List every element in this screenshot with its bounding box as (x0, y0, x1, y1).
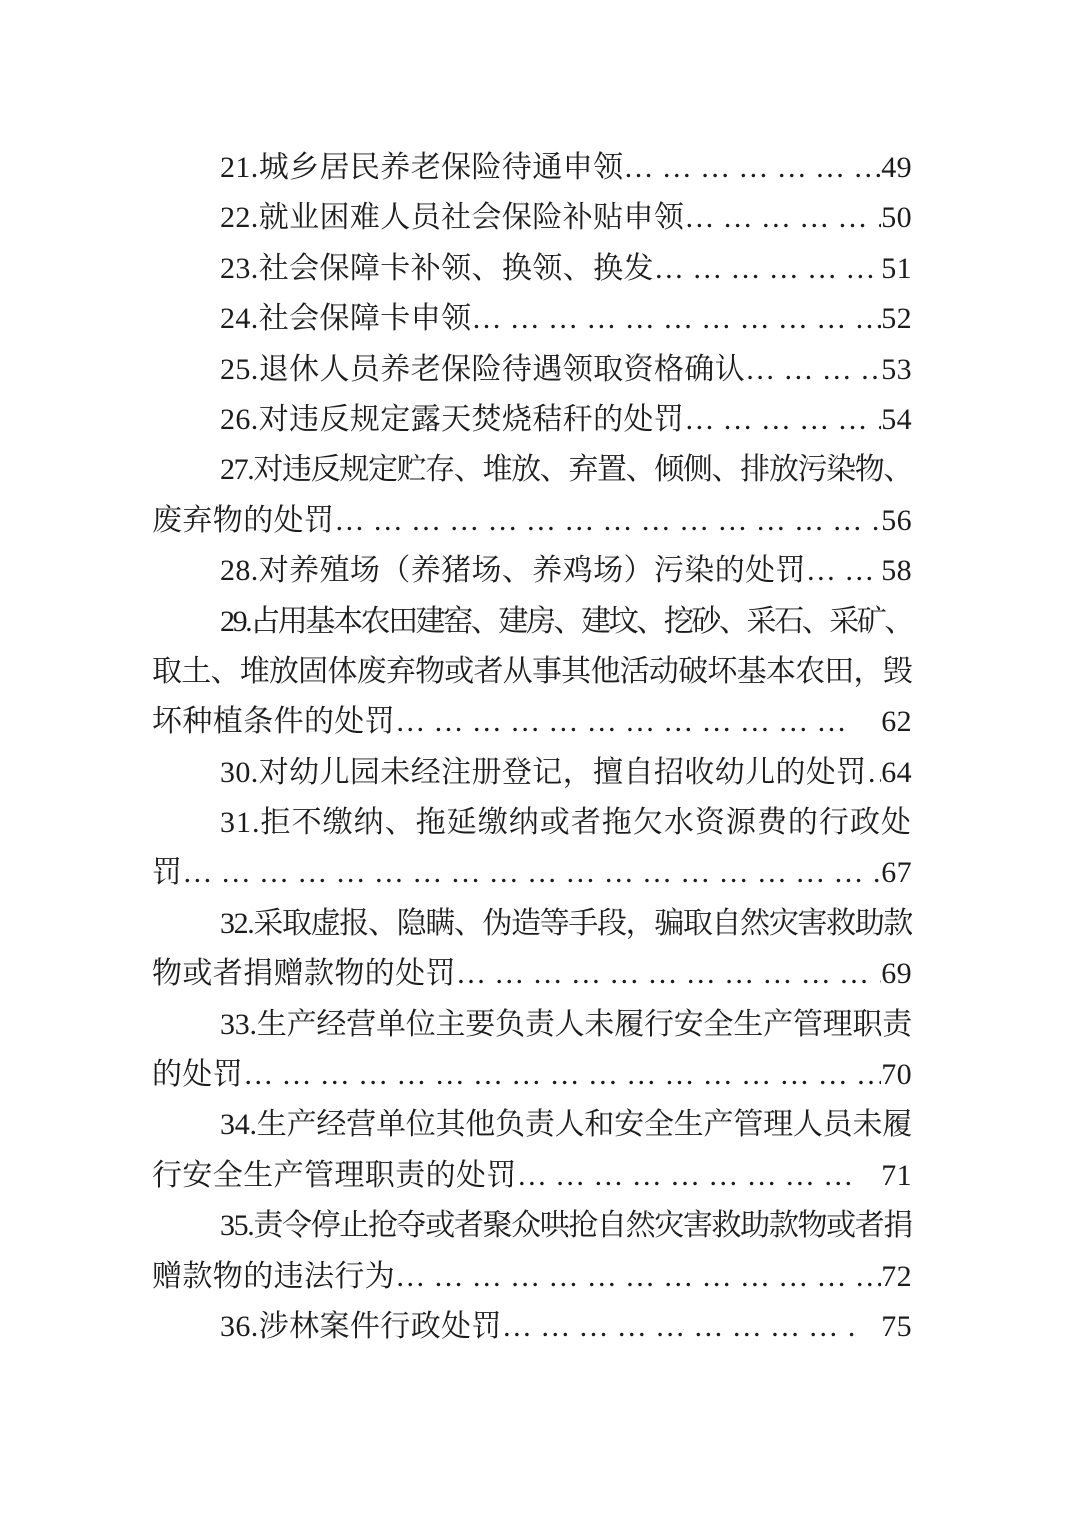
dot-leader: … … … … … … … … … … … … … … … … … … … … … (395, 1252, 881, 1302)
page-number: 70 (881, 1050, 912, 1100)
entry-text: 罚 (152, 848, 182, 898)
page-number: 71 (881, 1151, 912, 1201)
entry-text: 废弃物的处罚 (152, 496, 334, 546)
toc-line: 坏种植条件的处罚 … … … … … … … … … … … … … … … …… (152, 697, 912, 747)
entry-text: 物或者捐赠款物的处罚 (152, 949, 456, 999)
toc-line: 36.涉林案件行政处罚 … … … … … … … … … … … … … … … (152, 1302, 912, 1352)
dot-leader: … … … … … … … … … … … … … … … … … … … … … (472, 294, 882, 344)
toc-line: 的处罚 … … … … … … … … … … … … … … … … … … … (152, 1050, 912, 1100)
toc: 21.城乡居民养老保险待通申领 … … … … … … … … … … … … … (152, 143, 912, 1352)
toc-line: 26.对违反规定露天焚烧秸秆的处罚 … … … … … … … … … … … … (152, 395, 912, 445)
page-number: 67 (881, 848, 912, 898)
dot-leader: … … … … … … … … … … … … … … … … … … … … … (745, 345, 881, 395)
dot-leader: … … … … … … … … … … … … … … … … … … … … … (334, 496, 881, 546)
page-number: 58 (881, 546, 912, 596)
entry-text: 21.城乡居民养老保险待通申领 (220, 143, 624, 193)
toc-line: 罚 … … … … … … … … … … … … … … … … … … … … (152, 848, 912, 898)
toc-line: 32.采取虚报、隐瞒、伪造等手段，骗取自然灾害救助款 (152, 899, 912, 949)
page-number: 56 (881, 496, 912, 546)
dot-leader: … … … … … … … … … … … … … … … … … … … … … (867, 748, 881, 798)
toc-line: 28.对养殖场（养猪场、养鸡场）污染的处罚 … … … … … … … … … … (152, 546, 912, 596)
page-number: 51 (881, 244, 912, 294)
entry-text: 26.对违反规定露天焚烧秸秆的处罚 (220, 395, 684, 445)
entry-text: 27.对违反规定贮存、堆放、弃置、倾侧、排放污染物、 (220, 445, 912, 495)
entry-text: 30.对幼儿园未经注册登记，擅自招收幼儿的处罚 (220, 748, 867, 798)
entry-text: 34.生产经营单位其他负责人和安全生产管理人员未履 (220, 1100, 912, 1150)
dot-leader: … … … … … … … … … … … … … … … … … … … … … (502, 1302, 855, 1352)
toc-line: 25.退休人员养老保险待遇领取资格确认 … … … … … … … … … … … (152, 345, 912, 395)
toc-line: 物或者捐赠款物的处罚 … … … … … … … … … … … … … … …… (152, 949, 912, 999)
entry-text: 取土、堆放固体废弃物或者从事其他活动破坏基本农田，毁 (152, 647, 912, 697)
dot-leader: … … … … … … … … … … … … … … … … … … … … … (684, 395, 881, 445)
toc-line: 33.生产经营单位主要负责人未履行安全生产管理职责 (152, 1000, 912, 1050)
toc-line: 27.对违反规定贮存、堆放、弃置、倾侧、排放污染物、 (152, 445, 912, 495)
page-number: 54 (881, 395, 912, 445)
toc-line: 35.责令停止抢夺或者聚众哄抢自然灾害救助款物或者捐 (152, 1201, 912, 1251)
dot-leader: … … … … … … … … … … … … … … … … … … … … … (806, 546, 881, 596)
entry-text: 33.生产经营单位主要负责人未履行安全生产管理职责 (220, 1000, 912, 1050)
entry-text: 25.退休人员养老保险待遇领取资格确认 (220, 345, 745, 395)
entry-text: 坏种植条件的处罚 (152, 697, 395, 747)
entry-text: 22.就业困难人员社会保险补贴申领 (220, 193, 684, 243)
page-number: 53 (881, 345, 912, 395)
dot-leader: … … … … … … … … … … … … … … … … … … … … … (517, 1151, 855, 1201)
page-number: 52 (881, 294, 912, 344)
toc-line: 30.对幼儿园未经注册登记，擅自招收幼儿的处罚 … … … … … … … … … (152, 748, 912, 798)
entry-text: 赠款物的违法行为 (152, 1252, 395, 1302)
page-number: 72 (881, 1252, 912, 1302)
entry-text: 32.采取虚报、隐瞒、伪造等手段，骗取自然灾害救助款 (220, 899, 912, 949)
toc-line: 21.城乡居民养老保险待通申领 … … … … … … … … … … … … … (152, 143, 912, 193)
page-number: 49 (881, 143, 912, 193)
entry-text: 31.拒不缴纳、拖延缴纳或者拖欠水资源费的行政处 (220, 798, 912, 848)
toc-line: 34.生产经营单位其他负责人和安全生产管理人员未履 (152, 1100, 912, 1150)
entry-text: 36.涉林案件行政处罚 (220, 1302, 502, 1352)
toc-line: 29.占用基本农田建窑、建房、建坟、挖砂、采石、采矿、 (152, 597, 912, 647)
toc-line: 31.拒不缴纳、拖延缴纳或者拖欠水资源费的行政处 (152, 798, 912, 848)
dot-leader: … … … … … … … … … … … … … … … … … … … … … (456, 949, 881, 999)
entry-text: 28.对养殖场（养猪场、养鸡场）污染的处罚 (220, 546, 806, 596)
dot-leader: … … … … … … … … … … … … … … … … … … … … … (395, 697, 855, 747)
entry-text: 23.社会保障卡补领、换领、换发 (220, 244, 654, 294)
document-page: 21.城乡居民养老保险待通申领 … … … … … … … … … … … … … (0, 0, 1074, 1520)
page-number: 62 (881, 697, 912, 747)
entry-text: 的处罚 (152, 1050, 243, 1100)
toc-line: 24.社会保障卡申领 … … … … … … … … … … … … … … …… (152, 294, 912, 344)
dot-leader: … … … … … … … … … … … … … … … … … … … … … (654, 244, 881, 294)
entry-text: 35.责令停止抢夺或者聚众哄抢自然灾害救助款物或者捐 (220, 1201, 912, 1251)
entry-text: 行安全生产管理职责的处罚 (152, 1151, 517, 1201)
entry-text: 24.社会保障卡申领 (220, 294, 472, 344)
page-number: 75 (881, 1302, 912, 1352)
page-number: 64 (881, 748, 912, 798)
dot-leader: … … … … … … … … … … … … … … … … … … … … … (243, 1050, 881, 1100)
toc-line: 取土、堆放固体废弃物或者从事其他活动破坏基本农田，毁 (152, 647, 912, 697)
toc-line: 22.就业困难人员社会保险补贴申领 … … … … … … … … … … … … (152, 193, 912, 243)
toc-line: 23.社会保障卡补领、换领、换发 … … … … … … … … … … … …… (152, 244, 912, 294)
dot-leader: … … … … … … … … … … … … … … … … … … … … … (624, 143, 882, 193)
page-number: 69 (881, 949, 912, 999)
dot-leader: … … … … … … … … … … … … … … … … … … … … … (182, 848, 881, 898)
dot-leader: … … … … … … … … … … … … … … … … … … … … … (684, 193, 881, 243)
entry-text: 29.占用基本农田建窑、建房、建坟、挖砂、采石、采矿、 (220, 597, 912, 647)
toc-line: 赠款物的违法行为 … … … … … … … … … … … … … … … …… (152, 1252, 912, 1302)
page-number: 50 (881, 193, 912, 243)
toc-line: 废弃物的处罚 … … … … … … … … … … … … … … … … …… (152, 496, 912, 546)
toc-line: 行安全生产管理职责的处罚 … … … … … … … … … … … … … …… (152, 1151, 912, 1201)
